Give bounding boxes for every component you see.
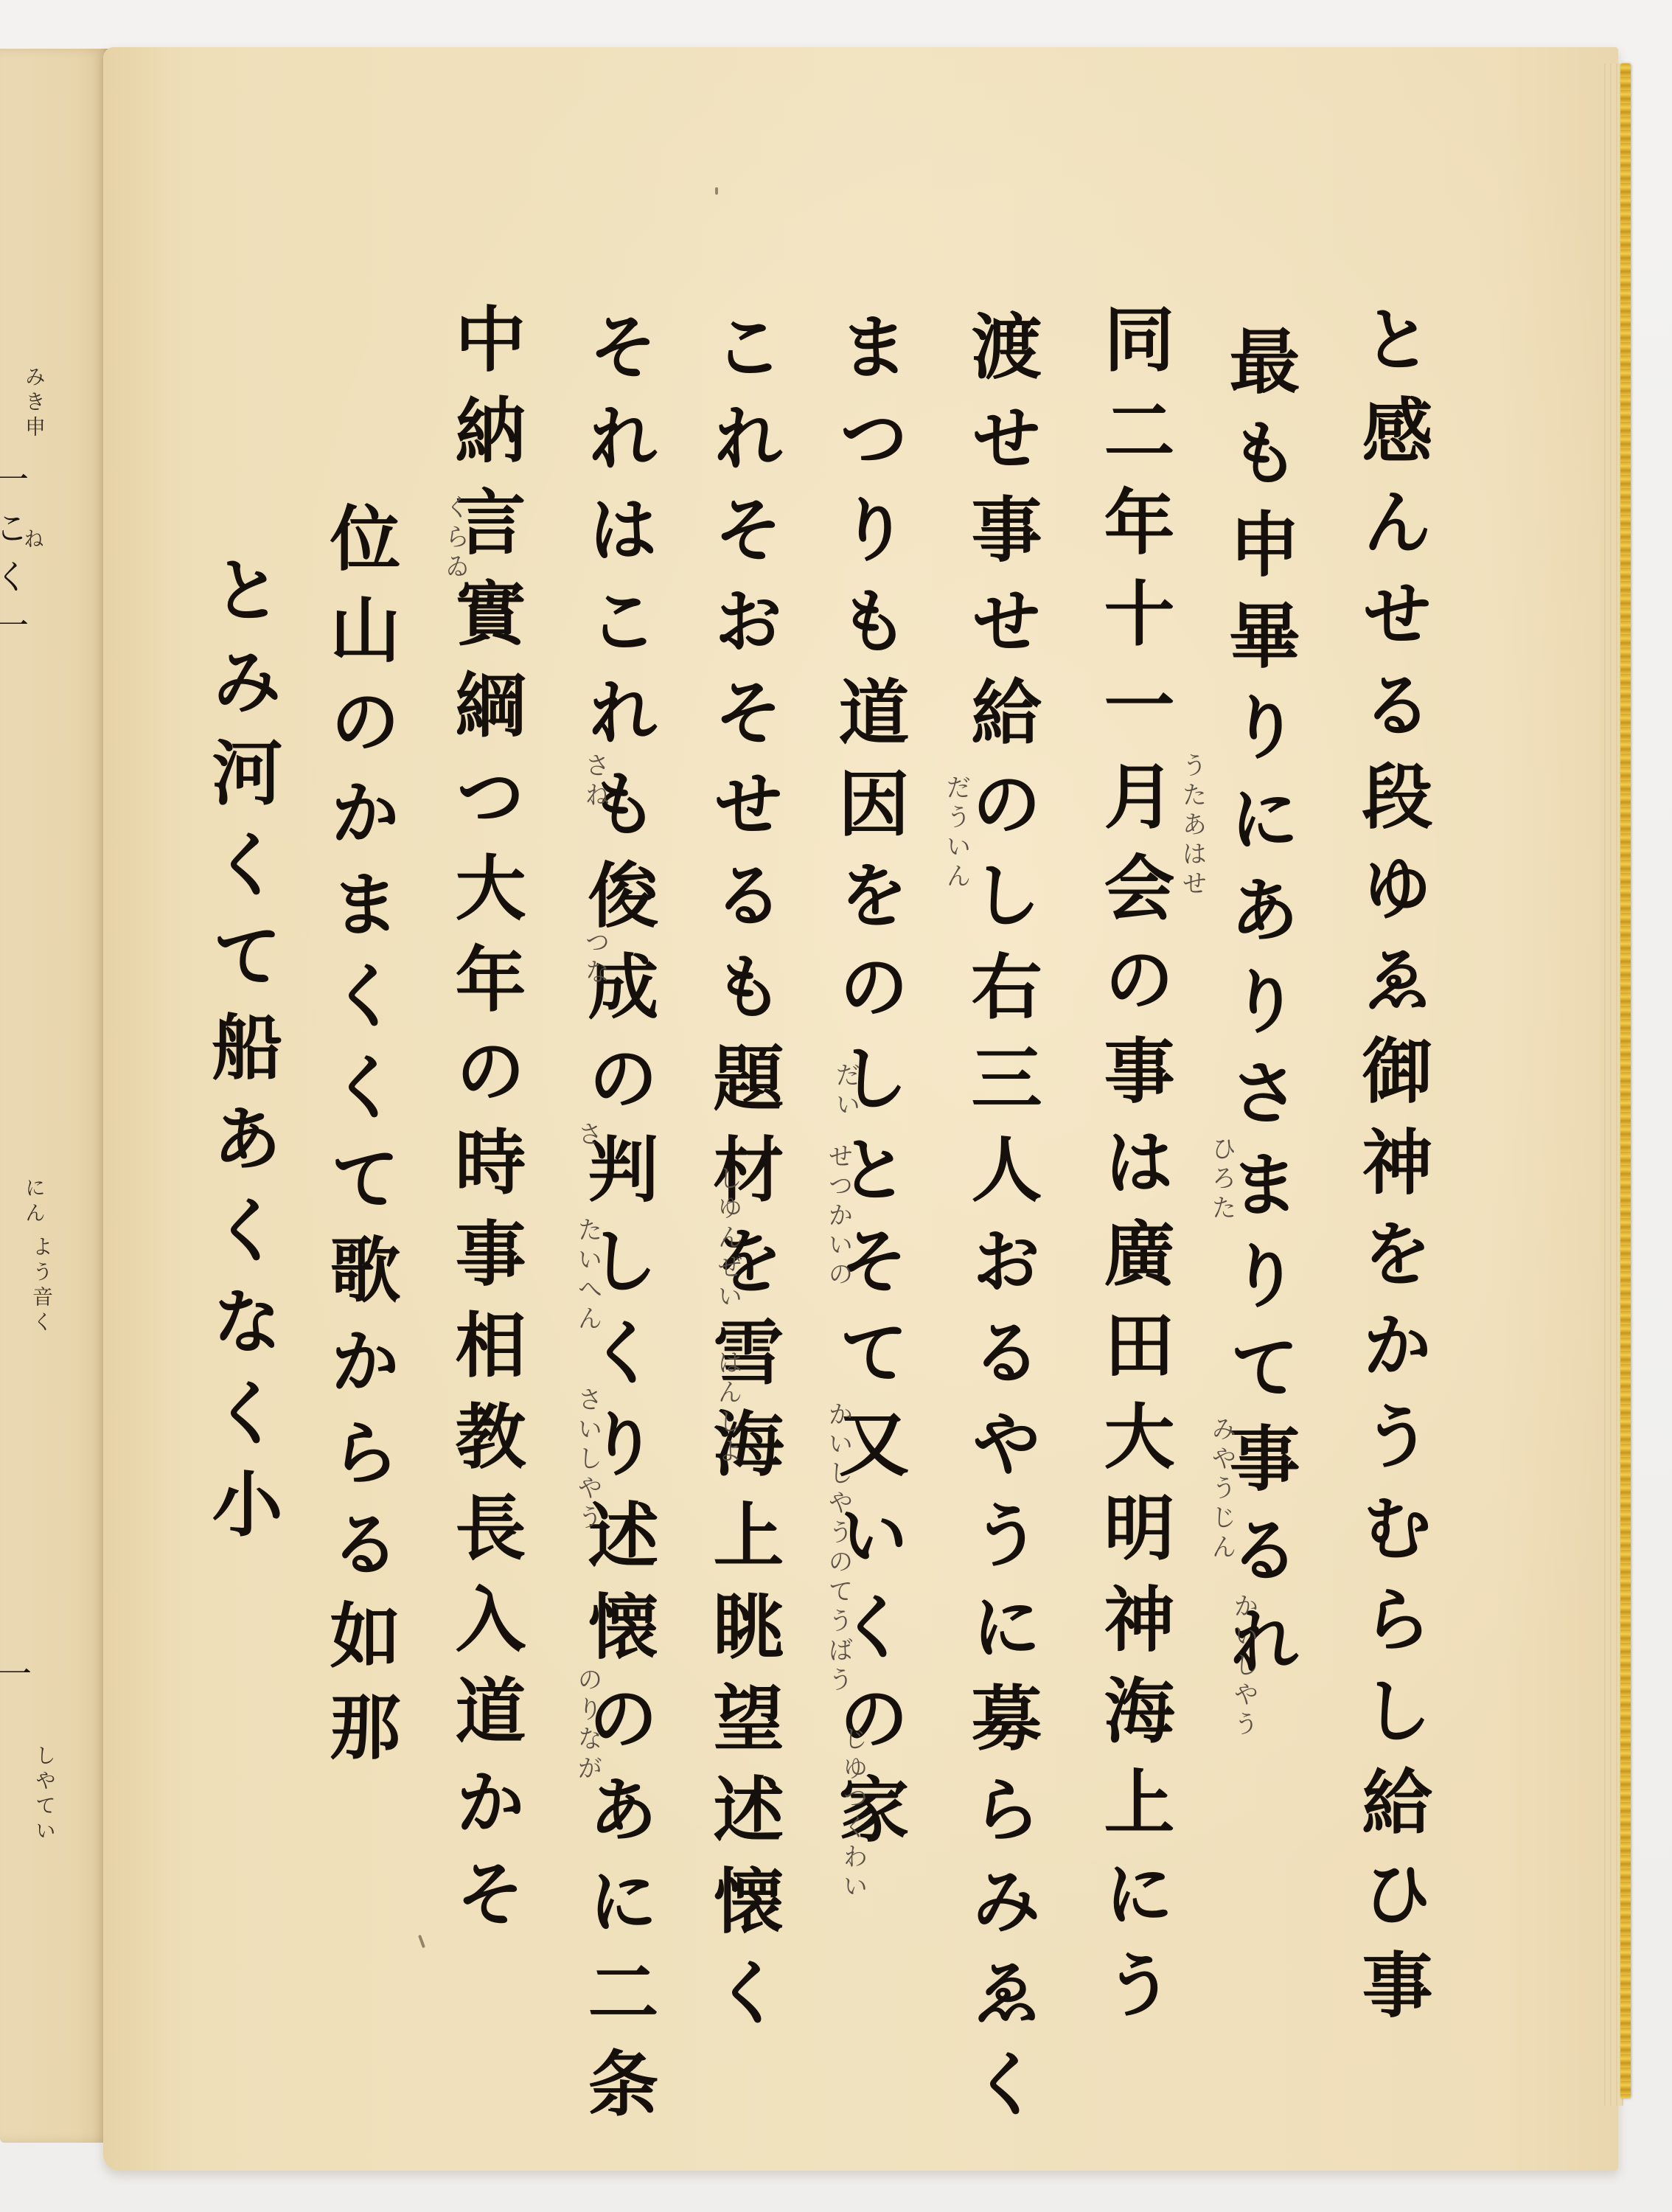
reading-annotation: しゆんぜい (715, 1165, 740, 1312)
left-page-column: 一 (0, 1656, 29, 1705)
text-column-10: とみ河くて船あくなく小 (206, 553, 277, 1559)
reading-annotation: せつかいの (826, 1143, 851, 1290)
reading-annotation: くらゐ (442, 494, 467, 582)
paper-speck (715, 187, 718, 195)
reading-annotation: さいしやう (575, 1386, 600, 1534)
reading-annotation: うたあはせ (1180, 752, 1205, 900)
left-page-annotation: にん (19, 1177, 49, 1227)
text-column-1: と感んせる段ゆゑ御神をかうむらし給ひ事 (1356, 302, 1427, 2039)
text-column-3: 同二年十一月会の事は廣田大明神海上にう (1098, 302, 1169, 2039)
left-page-column: 一こく一 (0, 462, 27, 656)
reading-annotation: さ (575, 1121, 600, 1150)
left-page-annotation: みき申 (19, 366, 49, 441)
text-column-4: 渡せ事せ給のし右三人おるやうに募らみゑく (966, 310, 1037, 2138)
left-page-annotation: よう音く (27, 1236, 56, 1336)
text-column-9: 位山のかまくくて歌からる如那 (324, 501, 395, 1781)
reading-annotation: ひろた (1209, 1135, 1234, 1224)
reading-annotation: つな (582, 929, 607, 988)
reading-annotation: はんしよ (715, 1349, 740, 1467)
left-page-annotation: ね (18, 528, 47, 553)
reading-annotation: だういん (944, 774, 969, 892)
left-page-annotation: しやてい (29, 1745, 59, 1845)
gilt-fore-edge (1620, 63, 1631, 2098)
reading-annotation: たいへん (575, 1217, 600, 1335)
reading-annotation: だい (833, 1062, 858, 1121)
reading-annotation: じゆつくわい (840, 1725, 865, 1902)
reading-annotation: かいしやうのてうばう (826, 1401, 851, 1696)
left-page: 一こく一 一 みき申 ね にん よう音く しやてい (0, 49, 111, 2143)
manuscript-text-block: と感んせる段ゆゑ御神をかうむらし給ひ事 最も申畢りにありさまりて事るれ 同二年十… (192, 280, 1519, 2020)
reading-annotation: さね (582, 752, 607, 811)
reading-annotation: のりなが (575, 1666, 600, 1784)
reading-annotation: かいしやう (1231, 1593, 1256, 1740)
reading-annotation: みやうじん (1209, 1416, 1234, 1563)
